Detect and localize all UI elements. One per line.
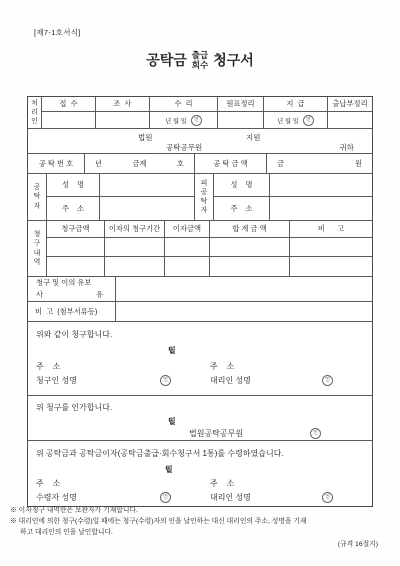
payment-date-cell[interactable]: 년 월 일 인 — [263, 112, 327, 128]
title-prefix: 공탁금 — [146, 50, 187, 70]
claim-side-label: 청구내역 — [28, 221, 46, 276]
receipt-statement: 위 공탁금과 공탁금이자(공탁금출급·회수청구서 1통)를 수령하였습니다. — [36, 448, 284, 459]
seal-placeholder-icon[interactable]: 인 — [160, 492, 171, 503]
payee-address-field[interactable] — [269, 197, 372, 220]
title-stack: 출급 회수 — [192, 50, 208, 70]
footnote-1: ※ 이자청구 내역란은 보관자가 기재합니다. — [10, 506, 390, 517]
court-label: 법원 — [138, 132, 153, 143]
recipient-address-label: 주 소 — [36, 478, 60, 489]
form-title: 공탁금 출급 회수 청구서 — [0, 50, 400, 70]
claimant-address-label: 주 소 — [36, 361, 60, 372]
approval-officer-label: 법원공탁공무원 — [189, 428, 243, 439]
agent-name-label: 대리인 성명 — [210, 492, 251, 503]
approval-statement: 위 청구를 인가합니다. — [36, 402, 112, 413]
payee-name-field[interactable] — [269, 174, 372, 197]
col-ledger-label: 원표정리 — [217, 97, 263, 112]
processing-side-label: 처리인 — [28, 97, 41, 128]
approval-section: 위 청구를 인가합니다. 년 월 일 법원공탁공무원 인 — [28, 395, 372, 440]
paper-spec-note: (규격 16절지) — [338, 540, 378, 551]
deposit-number-field[interactable]: 년 금제 호 — [84, 154, 194, 173]
col-exam-label: 조 사 — [95, 97, 149, 112]
request-section: 위와 같이 청구합니다. 년 월 일 주 소 주 소 청구인 성명 인 대리인 … — [28, 321, 372, 395]
addressee-section: 법원 지원 공탁공무원 귀하 — [28, 128, 372, 153]
seal-placeholder-icon[interactable]: 인 — [310, 428, 321, 439]
exam-stamp-cell[interactable] — [95, 112, 149, 128]
deposit-number-label: 공 탁 번 호 — [28, 154, 84, 173]
col-cashbook-label: 출납부정리 — [327, 97, 372, 112]
deposit-amount-field[interactable]: 금 원 — [266, 154, 372, 173]
remarks-field[interactable] — [115, 302, 372, 321]
acceptance-date-cell[interactable]: 년 월 일 인 — [149, 112, 217, 128]
depositor-side-label: 공탁자 — [28, 174, 46, 220]
reservation-label: 청구 및 이의 유보 사 유 — [28, 277, 115, 301]
seal-placeholder-icon[interactable]: 인 — [191, 115, 202, 126]
deposit-amount-label: 공 탁 금 액 — [194, 154, 266, 173]
processing-table: 처리인 접 수 조 사 수 리 원표정리 지 급 출납부정리 년 월 일 인 년… — [28, 97, 372, 128]
seal-placeholder-icon[interactable]: 인 — [160, 375, 171, 386]
total-amount-field[interactable] — [209, 238, 289, 257]
col-receipt-label: 접 수 — [41, 97, 95, 112]
interest-amount-field-2[interactable] — [164, 257, 209, 276]
depositor-name-label: 성 명 — [46, 174, 99, 197]
depositor-address-label: 주 소 — [46, 197, 99, 220]
honorific-label: 귀하 — [340, 142, 355, 153]
remarks-label: 비 고 (첨부서류등) — [28, 302, 115, 321]
seal-placeholder-icon[interactable]: 인 — [303, 115, 314, 126]
reservation-row: 청구 및 이의 유보 사 유 — [28, 276, 372, 301]
form-page: [제7-1호서식] 공탁금 출급 회수 청구서 처리인 접 수 조 사 수 리 … — [0, 0, 400, 566]
col-acceptance-label: 수 리 — [149, 97, 217, 112]
title-stack-top: 출급 — [192, 50, 208, 60]
interest-amount-header: 이자금액 — [164, 221, 209, 238]
branch-label: 지원 — [246, 132, 261, 143]
payee-name-label: 성 명 — [213, 174, 269, 197]
claim-amount-header: 청구금액 — [46, 221, 104, 238]
receipt-section: 위 공탁금과 공탁금이자(공탁금출급·회수청구서 1통)를 수령하였습니다. 년… — [28, 440, 372, 506]
agent-address-label: 주 소 — [210, 478, 234, 489]
seal-placeholder-icon[interactable]: 인 — [322, 492, 333, 503]
receipt-stamp-cell[interactable] — [41, 112, 95, 128]
footnotes: ※ 이자청구 내역란은 보관자가 기재합니다. ※ 대리인에 의한 청구(수령)… — [10, 506, 390, 539]
title-stack-bottom: 회수 — [192, 60, 208, 70]
payee-side-label: 피공탁자 — [194, 174, 213, 220]
agent-address-label: 주 소 — [210, 361, 234, 372]
ledger-stamp-cell[interactable] — [217, 112, 263, 128]
recipient-name-label: 수령자 성명 — [36, 492, 77, 503]
seal-placeholder-icon[interactable]: 인 — [322, 375, 333, 386]
interest-period-field[interactable] — [104, 238, 164, 257]
claim-remarks-field-2[interactable] — [289, 257, 372, 276]
remarks-row: 비 고 (첨부서류등) — [28, 301, 372, 321]
claim-remarks-field[interactable] — [289, 238, 372, 257]
form-body: 처리인 접 수 조 사 수 리 원표정리 지 급 출납부정리 년 월 일 인 년… — [27, 96, 373, 507]
claim-details-table: 청구내역 청구금액 이자의 청구기간 이자금액 합 계 금 액 비 고 — [28, 220, 372, 276]
col-payment-label: 지 급 — [263, 97, 327, 112]
interest-period-header: 이자의 청구기간 — [104, 221, 164, 238]
claim-amount-field[interactable] — [46, 238, 104, 257]
claimant-name-label: 청구인 성명 — [36, 375, 77, 386]
payee-address-label: 주 소 — [213, 197, 269, 220]
form-code: [제7-1호서식] — [34, 27, 81, 38]
agent-name-label: 대리인 성명 — [210, 375, 251, 386]
request-statement: 위와 같이 청구합니다. — [36, 329, 112, 340]
officer-label: 공탁공무원 — [166, 142, 202, 153]
deposit-row: 공 탁 번 호 년 금제 호 공 탁 금 액 금 원 — [28, 153, 372, 173]
depositor-address-field[interactable] — [99, 197, 194, 220]
footnote-2-cont: 하고 대리인의 인을 날인합니다. — [20, 528, 390, 539]
interest-period-field-2[interactable] — [104, 257, 164, 276]
parties-section: 공탁자 성 명 피공탁자 성 명 주 소 주 소 — [28, 173, 372, 220]
title-suffix: 청구서 — [213, 50, 254, 70]
claim-remarks-header: 비 고 — [289, 221, 372, 238]
claim-amount-field-2[interactable] — [46, 257, 104, 276]
interest-amount-field[interactable] — [164, 238, 209, 257]
cashbook-stamp-cell[interactable] — [327, 112, 372, 128]
footnote-2: ※ 대리인에 의한 청구(수령)일 때에는 청구(수령)자의 인을 날인하는 대… — [10, 517, 390, 528]
depositor-name-field[interactable] — [99, 174, 194, 197]
total-amount-field-2[interactable] — [209, 257, 289, 276]
reservation-field[interactable] — [115, 277, 372, 301]
total-amount-header: 합 계 금 액 — [209, 221, 289, 238]
